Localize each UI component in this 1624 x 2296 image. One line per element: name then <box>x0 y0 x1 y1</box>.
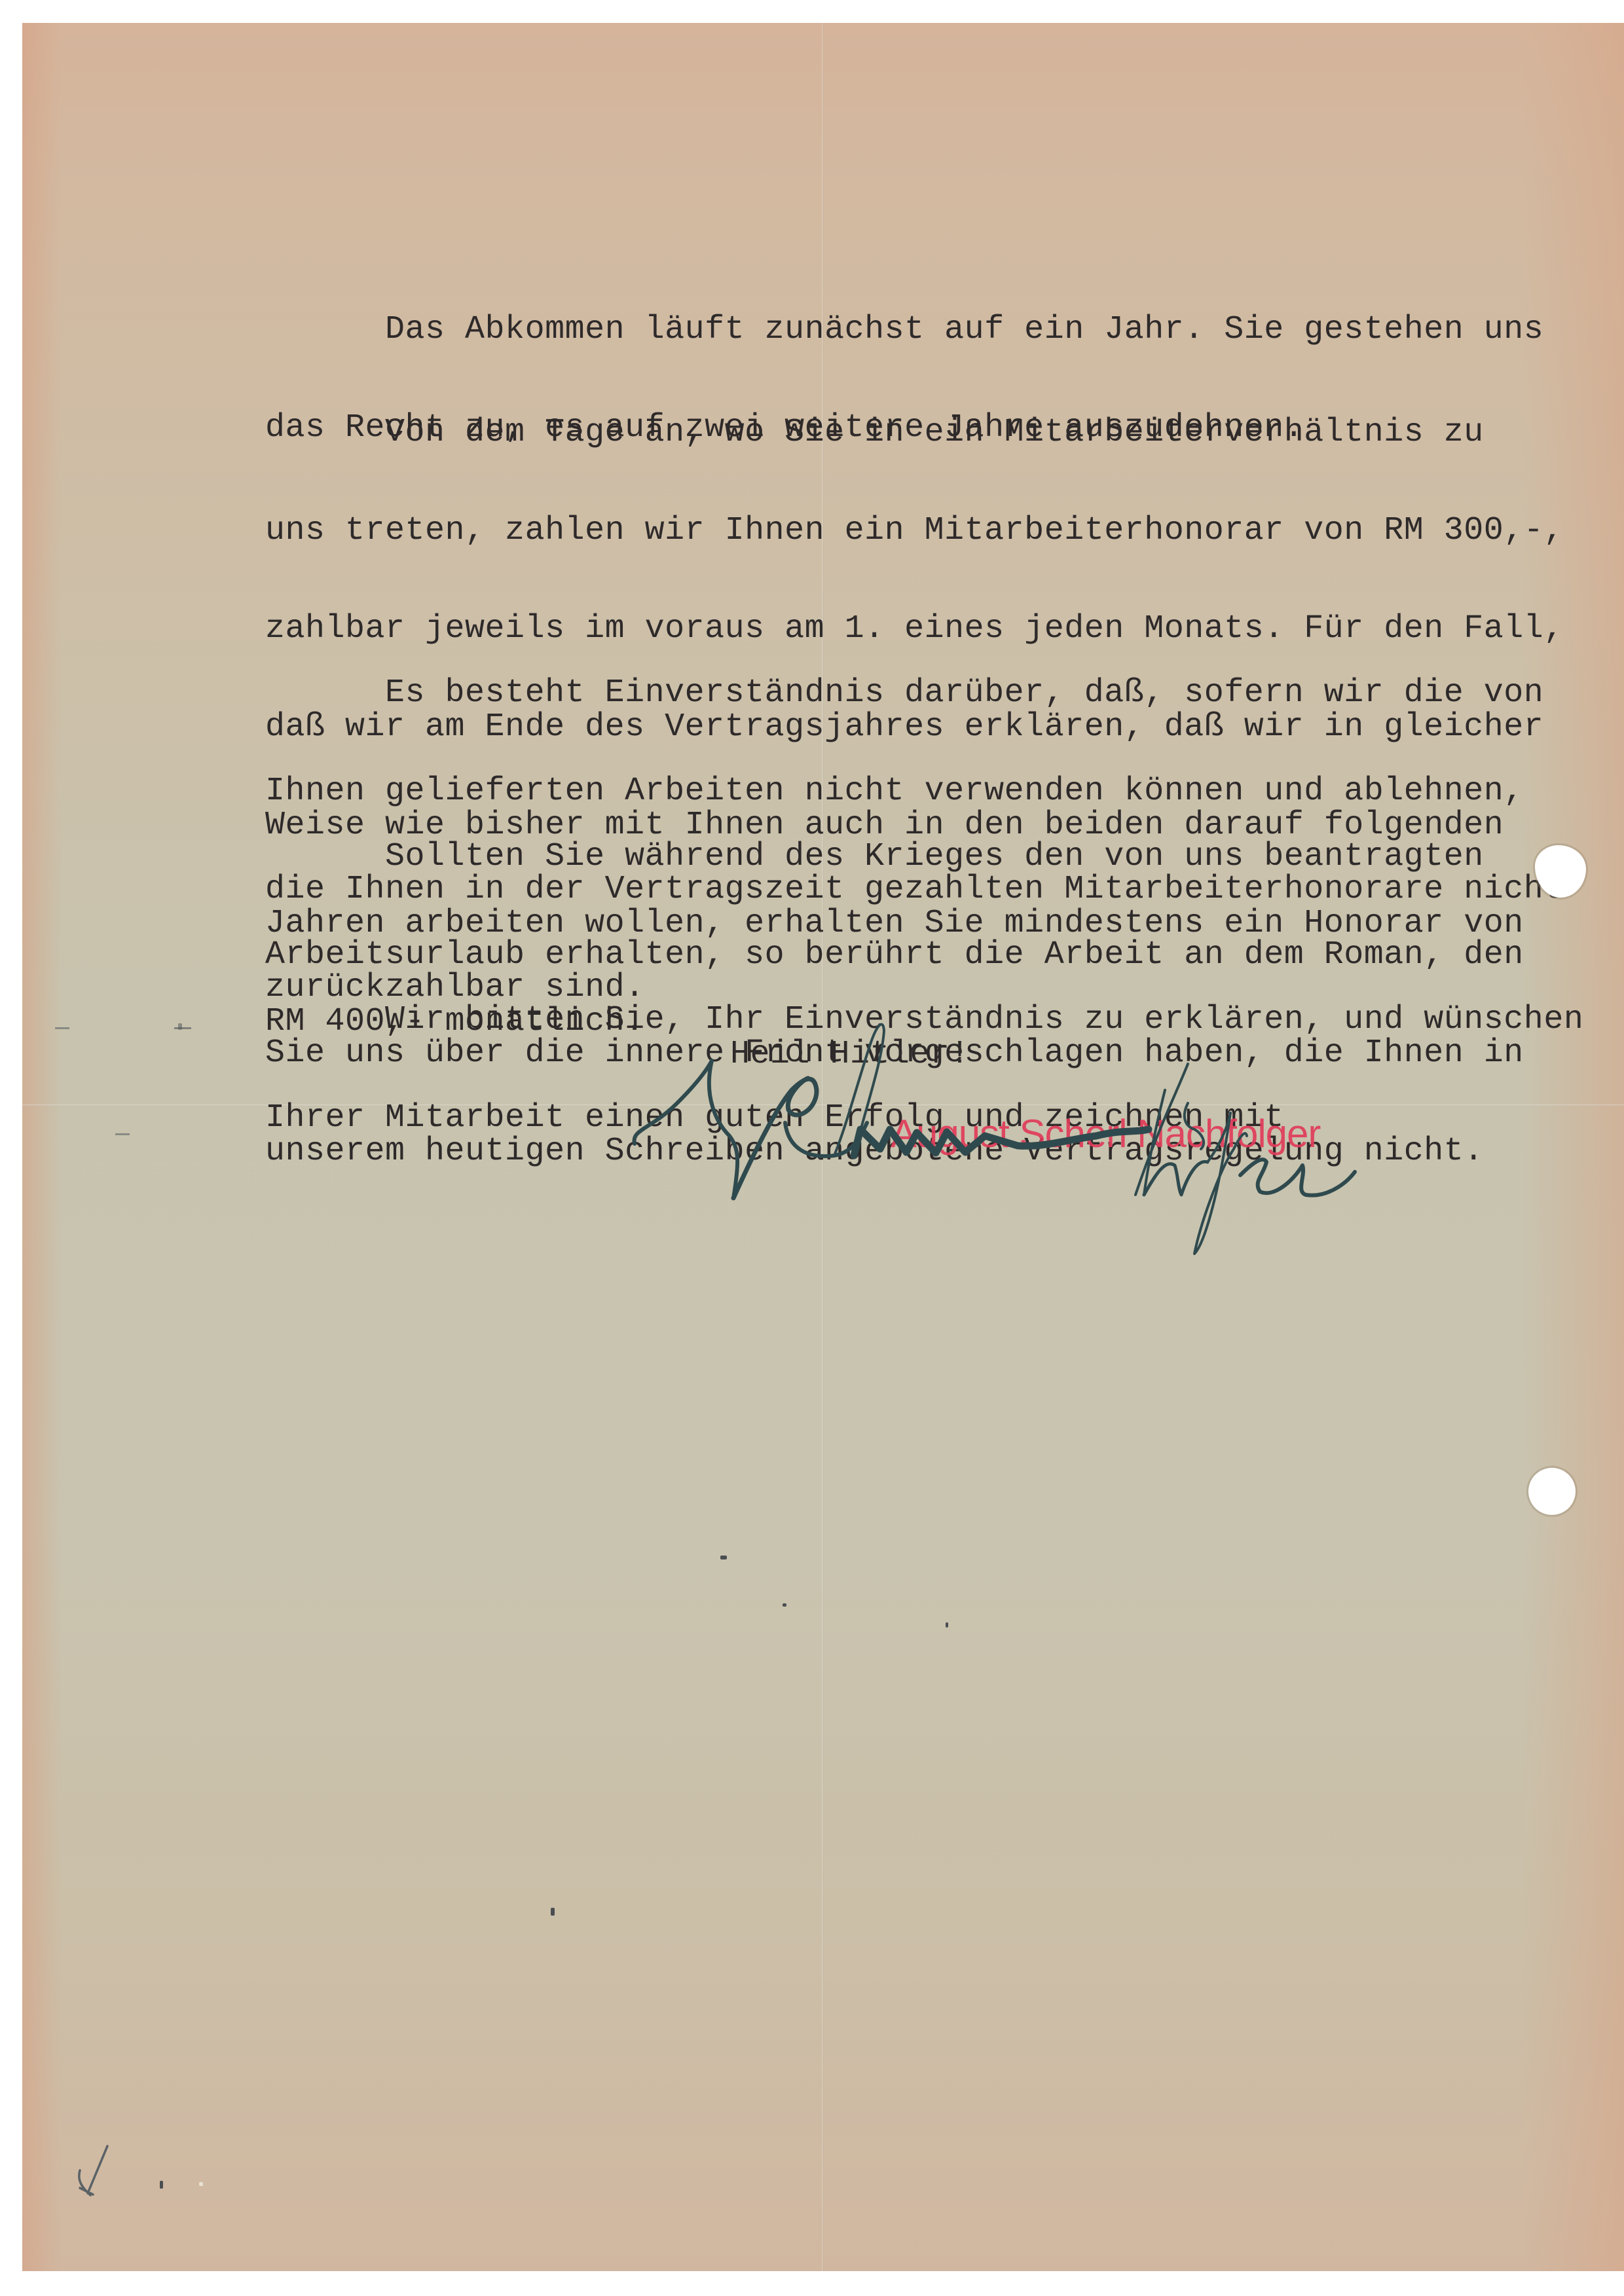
ink-speck <box>178 1023 182 1030</box>
ink-speck <box>720 1556 727 1559</box>
text-line: Wir bitten Sie, Ihr Einverständnis zu er… <box>265 1004 1583 1036</box>
paper-sheet: Das Abkommen läuft zunächst auf ein Jahr… <box>22 23 1624 2271</box>
punch-hole <box>1528 1468 1576 1515</box>
ink-speck <box>551 1908 555 1916</box>
paper-speck <box>199 2182 203 2186</box>
text-line: Sollten Sie während des Krieges den von … <box>265 841 1524 873</box>
text-line: Das Abkommen läuft zunächst auf ein Jahr… <box>265 314 1543 346</box>
margin-mark <box>115 1133 130 1135</box>
company-stamp: August Scherl Nachfolger <box>891 1114 1320 1154</box>
margin-mark <box>174 1027 191 1029</box>
ink-speck <box>783 1603 786 1607</box>
closing-salutation: Heil Hitler! <box>730 1038 970 1071</box>
check-mark-icon <box>68 2141 120 2200</box>
ink-speck <box>946 1622 948 1628</box>
text-line: Von dem Tage an, wo Sie in ein Mitarbeit… <box>265 416 1564 449</box>
letter-body: Das Abkommen läuft zunächst auf ein Jahr… <box>22 23 1624 2271</box>
text-line: Es besteht Einverständnis darüber, daß, … <box>265 677 1564 710</box>
text-line: uns treten, zahlen wir Ihnen ein Mitarbe… <box>265 515 1564 547</box>
margin-mark <box>55 1027 69 1029</box>
ink-speck <box>160 2181 163 2189</box>
